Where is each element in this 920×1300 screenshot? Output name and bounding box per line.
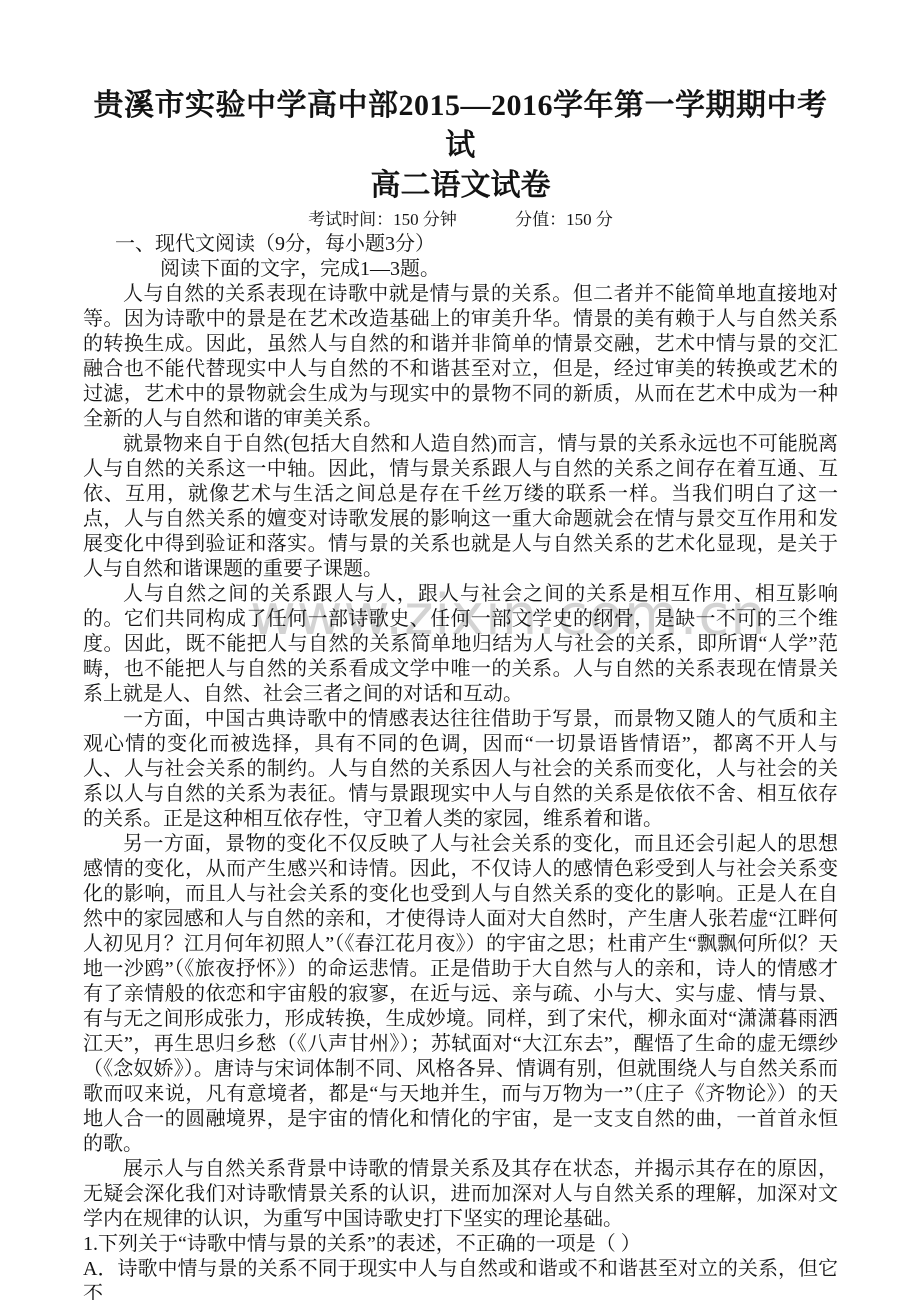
- exam-score-label: 分值：150 分: [515, 210, 613, 229]
- exam-subtitle: 高二语文试卷: [83, 166, 838, 206]
- exam-title: 贵溪市实验中学高中部2015—2016学年第一学期期中考试: [83, 86, 838, 166]
- exam-meta-row: 考试时间：150 分钟 分值：150 分: [83, 208, 838, 231]
- passage-paragraph-6: 展示人与自然关系背景中诗歌的情景关系及其存在状态，并揭示其存在的原因，无疑会深化…: [83, 1157, 838, 1232]
- question-1-option-a: A．诗歌中情与景的关系不同于现实中人与自然或和谐或不和谐甚至对立的关系，但它不: [83, 1257, 838, 1300]
- reading-instruction: 阅读下面的文字，完成1—3题。: [83, 257, 838, 282]
- document-content: 贵溪市实验中学高中部2015—2016学年第一学期期中考试 高二语文试卷 考试时…: [0, 0, 920, 1300]
- exam-duration-label: 考试时间：150 分钟: [308, 210, 457, 229]
- passage-paragraph-3: 人与自然之间的关系跟人与人，跟人与社会之间的关系是相互作用、相互影响的。它们共同…: [83, 582, 838, 707]
- exam-paper-page: www.zixin.com.cn 贵溪市实验中学高中部2015—2016学年第一…: [0, 0, 920, 1300]
- question-1-stem: 1.下列关于“诗歌中情与景的关系”的表述，不正确的一项是（ ）: [83, 1232, 838, 1257]
- passage-paragraph-2: 就景物来自于自然(包括大自然和人造自然)而言，情与景的关系永远也不可能脱离人与自…: [83, 432, 838, 582]
- passage-paragraph-1: 人与自然的关系表现在诗歌中就是情与景的关系。但二者并不能简单地直接地对等。因为诗…: [83, 282, 838, 432]
- passage-paragraph-5: 另一方面，景物的变化不仅反映了人与社会关系的变化，而且还会引起人的思想感情的变化…: [83, 832, 838, 1157]
- section-heading-modern-reading: 一、现代文阅读（9分，每小题3分）: [83, 232, 838, 257]
- passage-paragraph-4: 一方面，中国古典诗歌中的情感表达往往借助于写景，而景物又随人的气质和主观心情的变…: [83, 707, 838, 832]
